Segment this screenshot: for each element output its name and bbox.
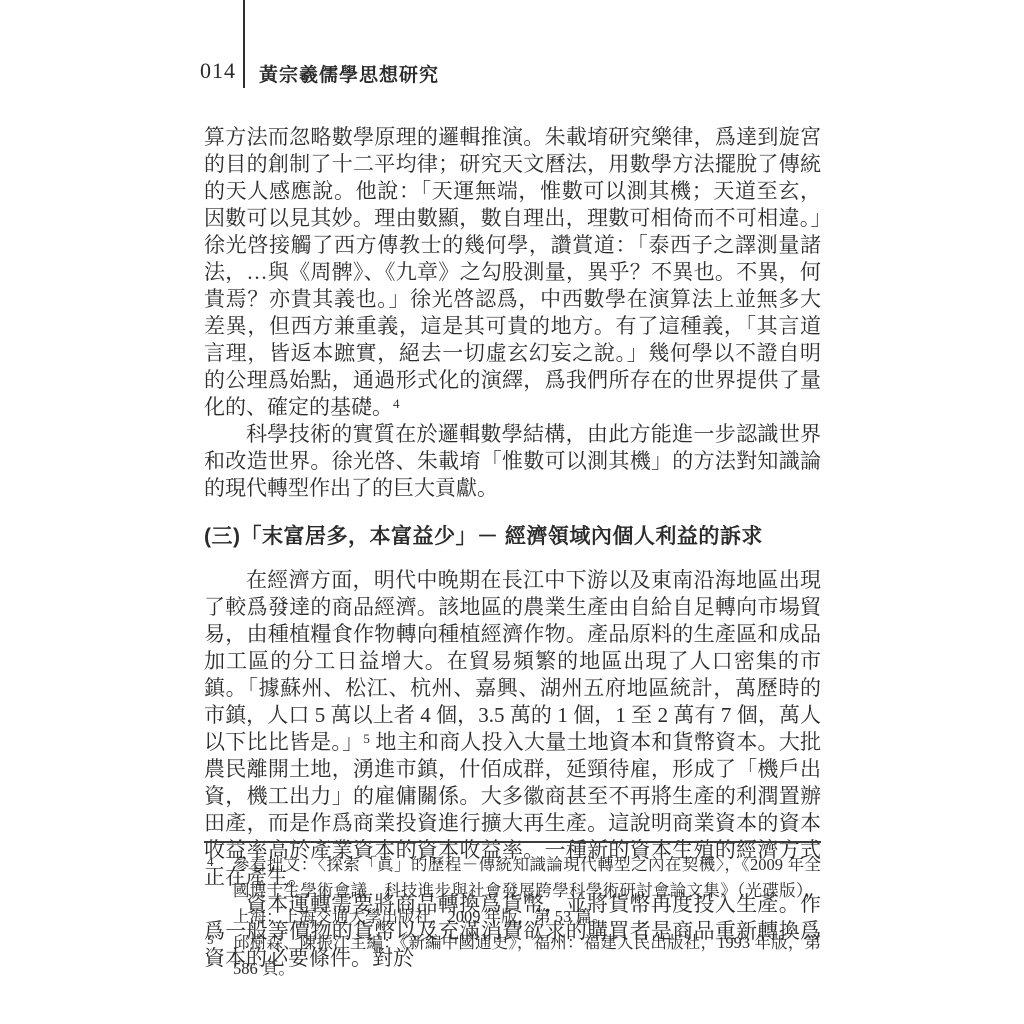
paragraph-text: 在經濟方面，明代中晚期在長江中下游以及東南沿海地區出現了較爲發達的商品經濟。該地… [204, 568, 821, 754]
footnote-divider-rule [204, 841, 821, 843]
paragraph: 科學技術的實質在於邏輯數學結構，由此方能進一步認識世界和改造世界。徐光啓、朱載堉… [204, 421, 821, 502]
footnote-marker: 5 [207, 927, 214, 953]
paragraph-text: 算方法而忽略數學原理的邏輯推演。朱載堉研究樂律，爲達到旋宮的目的創制了十二平均律… [204, 125, 821, 419]
section-heading: (三)「末富居多，本富益少」－ 經濟領域內個人利益的訴求 [204, 523, 821, 550]
running-head-title: 黃宗羲儒學思想研究 [259, 60, 439, 87]
footnote-marker: 4 [207, 849, 214, 875]
footnote-5: 5 邱樹森、陳振江主編：《新編中國通史》，福州：福建人民出版社，1993 年版，… [204, 930, 821, 982]
book-page: 014 黃宗羲儒學思想研究 算方法而忽略數學原理的邏輯推演。朱載堉研究樂律，爲達… [0, 0, 1024, 1024]
footnotes-section: 4 參看拙文：〈探索「眞」的歷程－傳統知識論現代轉型之內在契機〉，《2009 年… [204, 841, 821, 982]
page-number: 014 [160, 58, 236, 84]
header-divider-rule [243, 0, 245, 88]
footnote-text: 參看拙文：〈探索「眞」的歷程－傳統知識論現代轉型之內在契機〉，《2009 年全國… [233, 855, 821, 926]
running-head: 014 黃宗羲儒學思想研究 [0, 0, 1024, 90]
paragraph-continued: 算方法而忽略數學原理的邏輯推演。朱載堉研究樂律，爲達到旋宮的目的創制了十二平均律… [204, 124, 821, 421]
footnote-4: 4 參看拙文：〈探索「眞」的歷程－傳統知識論現代轉型之內在契機〉，《2009 年… [204, 852, 821, 930]
footnote-ref-4: 4 [393, 396, 400, 411]
footnote-text: 邱樹森、陳振江主編：《新編中國通史》，福州：福建人民出版社，1993 年版，第 … [233, 933, 821, 978]
